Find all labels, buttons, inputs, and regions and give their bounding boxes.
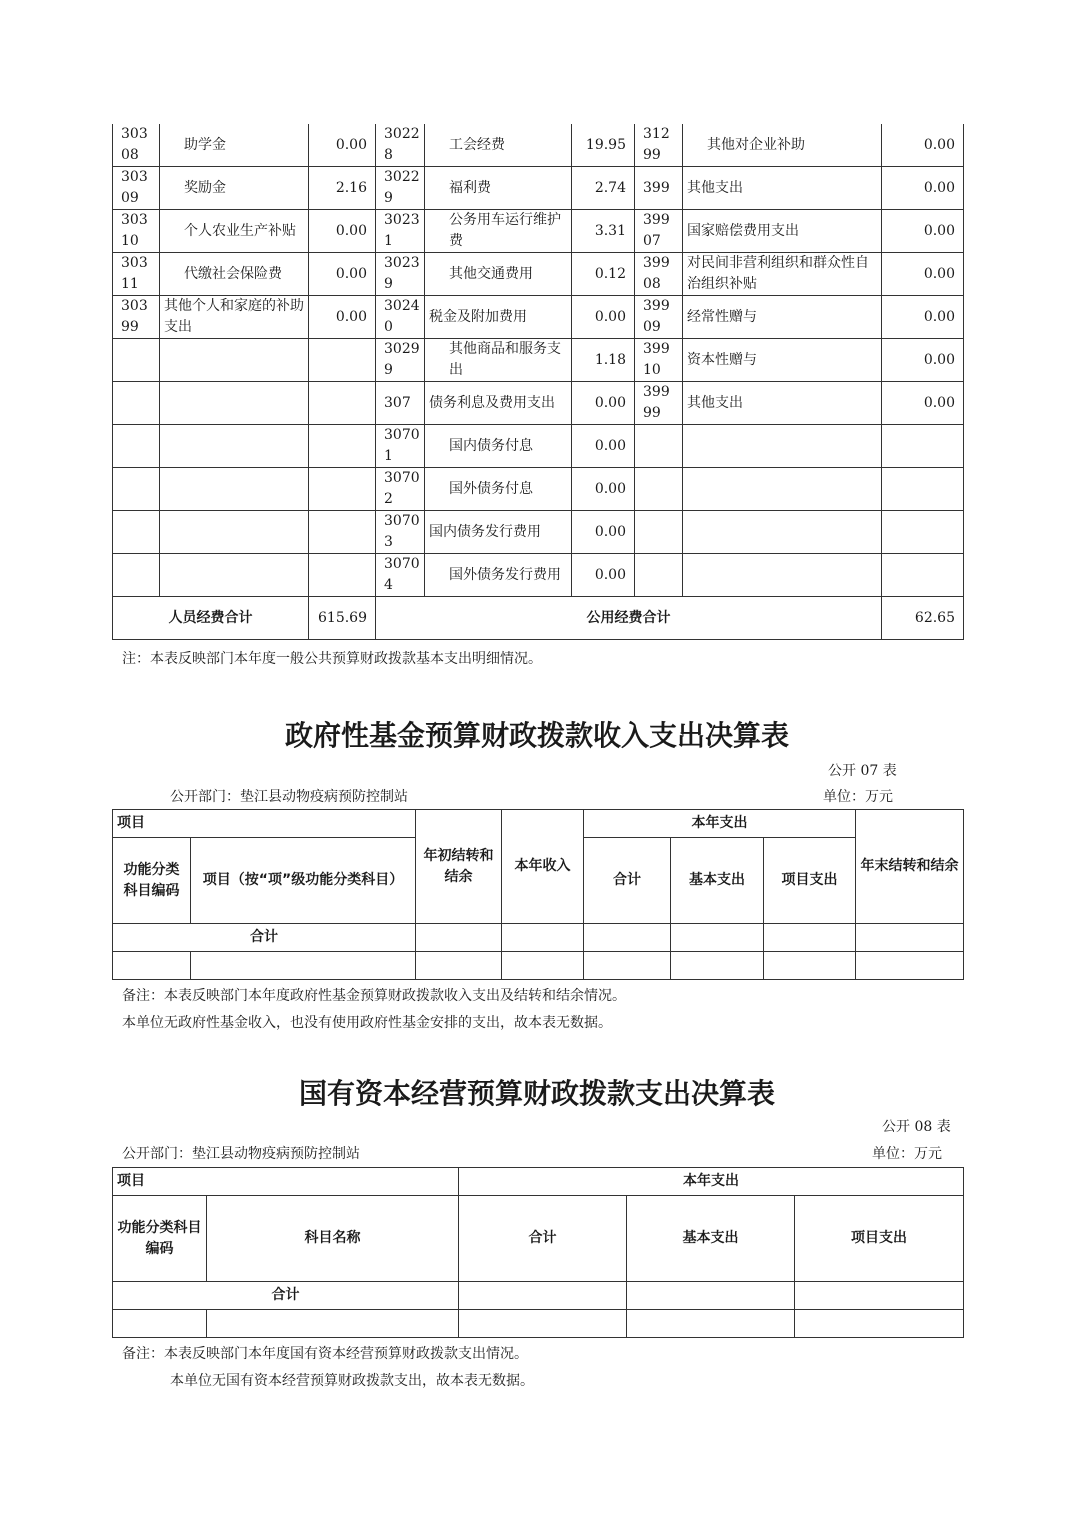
subject-name-cell: 公务用车运行维护费 (425, 210, 572, 253)
subject-name-cell (160, 339, 309, 382)
t08-total-label: 合计 (113, 1282, 459, 1310)
t07-cell (502, 924, 584, 952)
amount-cell: 0.00 (572, 382, 635, 425)
subject-code-cell: 39908 (635, 253, 683, 296)
subject-code-cell (113, 511, 160, 554)
subject-code-cell: 30702 (376, 468, 425, 511)
t07-cell (113, 952, 191, 980)
t08-cell (459, 1282, 627, 1310)
table08-note1: 备注：本表反映部门本年度国有资本经营预算财政拨款支出情况。 (122, 1343, 528, 1363)
table07-number: 公开 07 表 (828, 760, 897, 780)
subject-code-cell: 30704 (376, 554, 425, 597)
subject-name-cell (160, 511, 309, 554)
subject-code-cell (113, 554, 160, 597)
personnel-total-value: 615.69 (309, 597, 376, 640)
table-row: 30702国外债务付息0.00 (113, 468, 964, 511)
subject-name-cell (160, 468, 309, 511)
table07-title: 政府性基金预算财政拨款收入支出决算表 (0, 714, 1074, 754)
subject-code-cell: 30229 (376, 167, 425, 210)
amount-cell: 0.00 (882, 296, 964, 339)
subject-code-cell: 30701 (376, 425, 425, 468)
subject-code-cell: 307 (376, 382, 425, 425)
table-row: 30704国外债务发行费用0.00 (113, 554, 964, 597)
t07-cell (584, 924, 671, 952)
subject-name-cell: 个人农业生产补贴 (160, 210, 309, 253)
amount-cell (882, 468, 964, 511)
t07-header-begin-balance: 年初结转和结余 (416, 810, 502, 924)
subject-name-cell: 资本性赠与 (683, 339, 882, 382)
amount-cell: 0.00 (309, 253, 376, 296)
t08-header-name: 科目名称 (207, 1196, 459, 1282)
personnel-total-label: 人员经费合计 (113, 597, 309, 640)
amount-cell (309, 339, 376, 382)
amount-cell (882, 425, 964, 468)
subject-name-cell: 国内债务发行费用 (425, 511, 572, 554)
table-row: 30703国内债务发行费用0.00 (113, 511, 964, 554)
amount-cell: 0.00 (882, 124, 964, 167)
amount-cell: 0.00 (882, 167, 964, 210)
amount-cell: 2.16 (309, 167, 376, 210)
t07-header-basic: 基本支出 (671, 838, 764, 924)
amount-cell (309, 511, 376, 554)
subject-name-cell (160, 554, 309, 597)
t07-cell (671, 952, 764, 980)
t08-cell (459, 1310, 627, 1338)
t08-header-basic: 基本支出 (627, 1196, 795, 1282)
subject-name-cell: 税金及附加费用 (425, 296, 572, 339)
t08-cell (627, 1282, 795, 1310)
subject-name-cell: 工会经费 (425, 124, 572, 167)
table07: 项目 年初结转和结余 本年收入 本年支出 年末结转和结余 功能分类科目编码 项目… (112, 809, 964, 980)
subject-name-cell (683, 425, 882, 468)
subject-code-cell: 30308 (113, 124, 160, 167)
t07-cell (764, 924, 856, 952)
subject-code-cell: 30311 (113, 253, 160, 296)
subject-code-cell: 39999 (635, 382, 683, 425)
subject-code-cell (113, 425, 160, 468)
amount-cell: 19.95 (572, 124, 635, 167)
subject-code-cell (113, 468, 160, 511)
subject-name-cell: 其他商品和服务支出 (425, 339, 572, 382)
public-total-value: 62.65 (882, 597, 964, 640)
subject-code-cell (635, 425, 683, 468)
t07-cell (416, 924, 502, 952)
subject-name-cell (160, 382, 309, 425)
table08-department: 公开部门：垫江县动物疫病预防控制站 (122, 1143, 360, 1163)
amount-cell: 0.00 (572, 296, 635, 339)
table-row: 30701国内债务付息0.00 (113, 425, 964, 468)
table07-unit: 单位：万元 (823, 786, 893, 806)
table-row: 30309奖励金2.1630229福利费2.74399其他支出0.00 (113, 167, 964, 210)
t07-header-income: 本年收入 (502, 810, 584, 924)
table07-note1: 备注：本表反映部门本年度政府性基金预算财政拨款收入支出及结转和结余情况。 (122, 985, 626, 1005)
t07-header-end-balance: 年末结转和结余 (856, 810, 964, 924)
amount-cell: 0.00 (309, 124, 376, 167)
subject-code-cell: 30310 (113, 210, 160, 253)
t07-cell (764, 952, 856, 980)
table-row: 30310个人农业生产补贴0.0030231公务用车运行维护费3.3139907… (113, 210, 964, 253)
subject-code-cell: 30703 (376, 511, 425, 554)
t07-cell (856, 924, 964, 952)
subject-code-cell: 30399 (113, 296, 160, 339)
subject-name-cell (683, 511, 882, 554)
subject-name-cell (683, 554, 882, 597)
subject-code-cell: 30231 (376, 210, 425, 253)
t08-cell (207, 1310, 459, 1338)
subject-name-cell: 福利费 (425, 167, 572, 210)
subject-code-cell: 30309 (113, 167, 160, 210)
t08-header-total: 合计 (459, 1196, 627, 1282)
subject-code-cell: 30240 (376, 296, 425, 339)
public-total-label: 公用经费合计 (376, 597, 882, 640)
subject-code-cell: 39910 (635, 339, 683, 382)
t07-cell (584, 952, 671, 980)
subject-name-cell: 国外债务发行费用 (425, 554, 572, 597)
subject-code-cell: 30299 (376, 339, 425, 382)
t07-header-code: 功能分类科目编码 (113, 838, 191, 924)
subject-code-cell (635, 468, 683, 511)
t08-header-item: 项目 (113, 1168, 459, 1196)
amount-cell: 1.18 (572, 339, 635, 382)
subject-code-cell (635, 511, 683, 554)
amount-cell (882, 554, 964, 597)
amount-cell: 0.00 (572, 425, 635, 468)
amount-cell: 0.00 (309, 210, 376, 253)
amount-cell: 0.00 (572, 554, 635, 597)
amount-cell (309, 468, 376, 511)
t08-header-expense: 本年支出 (459, 1168, 964, 1196)
subject-code-cell: 30228 (376, 124, 425, 167)
amount-cell (309, 382, 376, 425)
subject-name-cell: 对民间非营利组织和群众性自治组织补贴 (683, 253, 882, 296)
t07-header-item: 项目 (113, 810, 416, 838)
amount-cell: 0.00 (572, 511, 635, 554)
table-row: 30311代缴社会保险费0.0030239其他交通费用0.1239908对民间非… (113, 253, 964, 296)
amount-cell: 0.12 (572, 253, 635, 296)
table08-note2: 本单位无国有资本经营预算财政拨款支出，故本表无数据。 (170, 1370, 534, 1390)
table-row: 307债务利息及费用支出0.0039999其他支出0.00 (113, 382, 964, 425)
table08: 项目 本年支出 功能分类科目编码 科目名称 合计 基本支出 项目支出 合计 (112, 1167, 964, 1338)
subject-code-cell (113, 382, 160, 425)
t07-cell (502, 952, 584, 980)
subject-name-cell (683, 468, 882, 511)
amount-cell: 0.00 (882, 210, 964, 253)
table08-number: 公开 08 表 (882, 1116, 951, 1136)
amount-cell: 0.00 (572, 468, 635, 511)
t07-cell (416, 952, 502, 980)
t07-cell (856, 952, 964, 980)
subject-code-cell: 39909 (635, 296, 683, 339)
subject-name-cell: 其他支出 (683, 167, 882, 210)
amount-cell: 0.00 (882, 339, 964, 382)
table-row: 30308助学金0.0030228工会经费19.9531299其他对企业补助0.… (113, 124, 964, 167)
table-row: 30299其他商品和服务支出1.1839910资本性赠与0.00 (113, 339, 964, 382)
subject-name-cell: 助学金 (160, 124, 309, 167)
amount-cell (309, 554, 376, 597)
subject-name-cell: 国外债务付息 (425, 468, 572, 511)
t08-cell (795, 1310, 964, 1338)
t07-header-project: 项目支出 (764, 838, 856, 924)
subject-code-cell: 31299 (635, 124, 683, 167)
amount-cell: 0.00 (309, 296, 376, 339)
subject-name-cell (160, 425, 309, 468)
t08-cell (113, 1310, 207, 1338)
amount-cell (882, 511, 964, 554)
subject-name-cell: 代缴社会保险费 (160, 253, 309, 296)
subject-name-cell: 奖励金 (160, 167, 309, 210)
table07-department: 公开部门：垫江县动物疫病预防控制站 (170, 786, 408, 806)
amount-cell: 2.74 (572, 167, 635, 210)
t08-cell (627, 1310, 795, 1338)
subject-name-cell: 经常性赠与 (683, 296, 882, 339)
amount-cell: 0.00 (882, 382, 964, 425)
t07-cell (191, 952, 416, 980)
table07-note2: 本单位无政府性基金收入，也没有使用政府性基金安排的支出，故本表无数据。 (122, 1012, 612, 1032)
subject-code-cell (635, 554, 683, 597)
subject-name-cell: 其他个人和家庭的补助支出 (160, 296, 309, 339)
subject-code-cell: 30239 (376, 253, 425, 296)
t07-total-label: 合计 (113, 924, 416, 952)
t07-header-name: 项目（按“项”级功能分类科目） (191, 838, 416, 924)
t08-cell (795, 1282, 964, 1310)
table-row: 30399其他个人和家庭的补助支出0.0030240税金及附加费用0.00399… (113, 296, 964, 339)
t07-header-total: 合计 (584, 838, 671, 924)
amount-cell: 3.31 (572, 210, 635, 253)
subject-code-cell: 39907 (635, 210, 683, 253)
amount-cell (309, 425, 376, 468)
table08-title: 国有资本经营预算财政拨款支出决算表 (0, 1072, 1074, 1112)
subject-name-cell: 其他交通费用 (425, 253, 572, 296)
subject-name-cell: 其他对企业补助 (683, 124, 882, 167)
t07-cell (671, 924, 764, 952)
basic-expenditure-table: 30308助学金0.0030228工会经费19.9531299其他对企业补助0.… (112, 124, 964, 640)
amount-cell: 0.00 (882, 253, 964, 296)
subject-code-cell (113, 339, 160, 382)
subject-name-cell: 国内债务付息 (425, 425, 572, 468)
t08-header-project: 项目支出 (795, 1196, 964, 1282)
subject-name-cell: 国家赔偿费用支出 (683, 210, 882, 253)
subject-name-cell: 其他支出 (683, 382, 882, 425)
t08-header-code: 功能分类科目编码 (113, 1196, 207, 1282)
table08-unit: 单位：万元 (872, 1143, 942, 1163)
basic-table-note: 注：本表反映部门本年度一般公共预算财政拨款基本支出明细情况。 (122, 648, 542, 668)
subject-name-cell: 债务利息及费用支出 (425, 382, 572, 425)
subject-code-cell: 399 (635, 167, 683, 210)
t07-header-expense: 本年支出 (584, 810, 856, 838)
